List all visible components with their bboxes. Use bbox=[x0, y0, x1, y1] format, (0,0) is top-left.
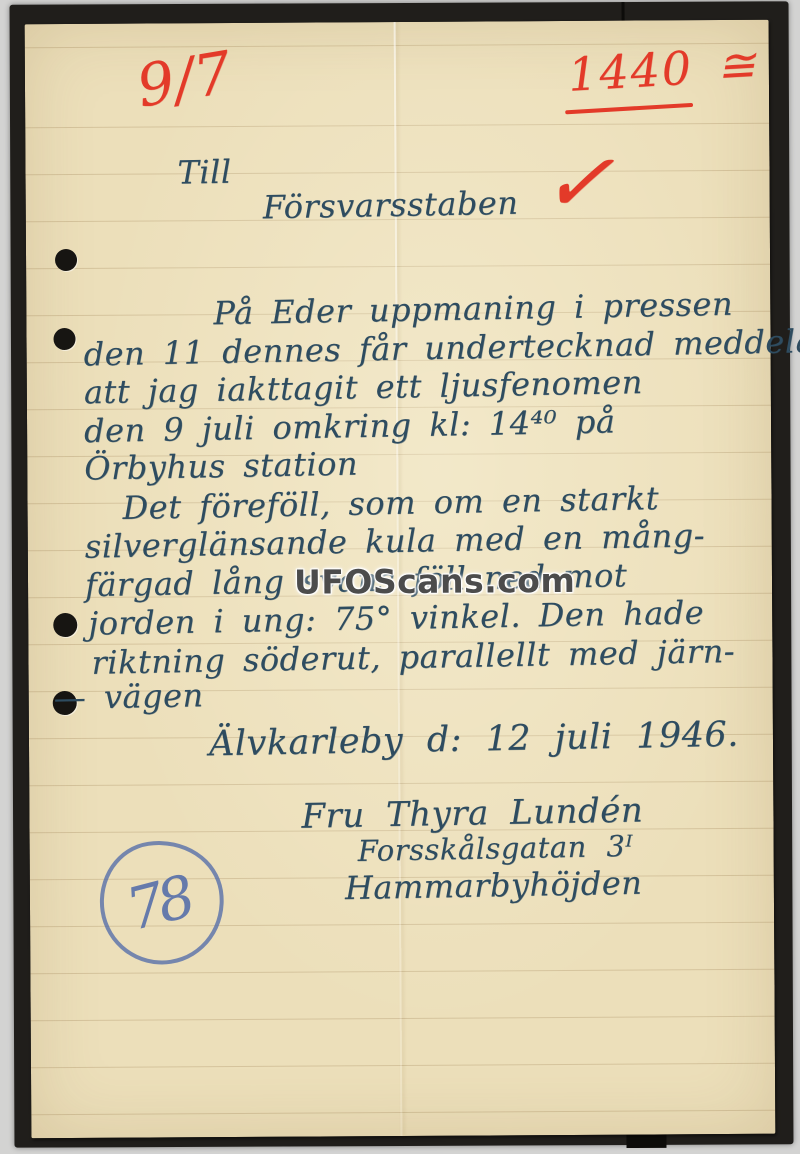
red-underline-mark bbox=[565, 103, 693, 114]
red-time-number: 1440 bbox=[566, 41, 694, 102]
letter-paper: 9/7 1440 ≅ ✓ Till Försvarsstaben På Eder… bbox=[25, 20, 776, 1139]
scanned-letter-page: 9/7 1440 ≅ ✓ Till Försvarsstaben På Eder… bbox=[0, 0, 800, 1154]
recipient-line-till: Till bbox=[177, 153, 232, 192]
body-line-11: — vägen bbox=[53, 676, 204, 717]
dateline: Älvkarleby d: 12 juli 1946. bbox=[209, 715, 740, 765]
punch-hole-3 bbox=[53, 613, 77, 637]
red-checkmark: ✓ bbox=[538, 131, 617, 235]
red-date-annotation: 9/7 bbox=[132, 38, 237, 121]
archive-number-circle: 78 bbox=[92, 832, 233, 973]
signature-district: Hammarbyhöjden bbox=[345, 864, 643, 907]
recipient-line-forsvarsstaben: Försvarsstaben bbox=[262, 184, 518, 227]
punch-hole-1 bbox=[55, 249, 77, 271]
body-line-2: den 11 dennes får undertecknad meddela, bbox=[83, 322, 800, 374]
punch-hole-2 bbox=[53, 328, 75, 350]
archive-number: 78 bbox=[120, 861, 204, 944]
approx-equal-symbol: ≅ bbox=[715, 37, 759, 93]
body-line-5: Örbyhus station bbox=[84, 445, 358, 488]
watermark-text: UFOScans.com bbox=[294, 561, 576, 602]
red-time-annotation: 1440 ≅ bbox=[566, 37, 758, 102]
signature-street: Forsskålsgatan 3ᴵ bbox=[357, 829, 633, 868]
